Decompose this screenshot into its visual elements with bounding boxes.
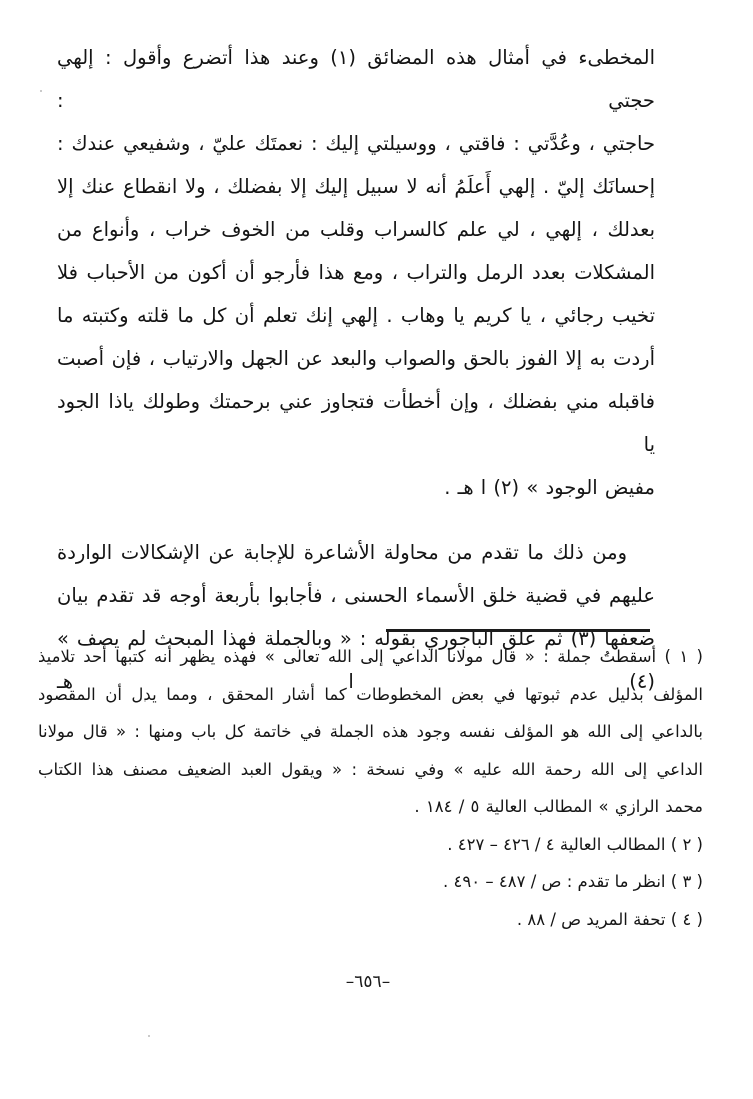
text-line: المشكلات بعدد الرمل والتراب ، ومع هذا فأ… [57, 251, 655, 294]
footnote-line: ( ١ ) أسقطتُ جملة : « قال مولانا الداعي … [38, 638, 703, 676]
text-line: تخيب رجائي ، يا كريم يا وهاب . إلهي إنك … [57, 294, 655, 337]
text-line: ومن ذلك ما تقدم من محاولة الأشاعرة للإجا… [57, 531, 655, 574]
paragraph-prayer: المخطىء في أمثال هذه المضائق (١) وعند هذ… [57, 36, 655, 509]
footnote-line: محمد الرازي » المطالب العالية ٥ / ١٨٤ . [38, 788, 703, 826]
text-line: فاقبله مني بفضلك ، وإن أخطأت فتجاوز عني … [57, 380, 655, 466]
text-line: بعدلك ، إلهي ، لي علم كالسراب وقلب من ال… [57, 208, 655, 251]
scan-noise-speck [40, 90, 42, 92]
footnote-line: الداعي إلى الله رحمة الله عليه » وفي نسخ… [38, 751, 703, 789]
footnote-4: ( ٤ ) تحفة المريد ص / ٨٨ . [38, 901, 703, 939]
main-text-block: المخطىء في أمثال هذه المضائق (١) وعند هذ… [57, 36, 655, 703]
text-line: مفيض الوجود » (٢) ا هـ . [57, 466, 655, 509]
footnote-line: المؤلف بدليل عدم ثبوتها في بعض المخطوطات… [38, 676, 703, 714]
footnote-2: ( ٢ ) المطالب العالية ٤ / ٤٢٦ – ٤٢٧ . [38, 826, 703, 864]
scan-noise-speck [144, 700, 146, 702]
scan-noise-speck [151, 770, 153, 772]
footnote-3: ( ٣ ) انظر ما تقدم : ص / ٤٨٧ – ٤٩٠ . [38, 863, 703, 901]
scanned-book-page: المخطىء في أمثال هذه المضائق (١) وعند هذ… [0, 0, 753, 1099]
scan-noise-speck [148, 1035, 150, 1037]
footnote-line: بالداعي إلى الله هو المؤلف نفسه وجود هذه… [38, 713, 703, 751]
text-line: المخطىء في أمثال هذه المضائق (١) وعند هذ… [57, 36, 655, 122]
footnote-1: ( ١ ) أسقطتُ جملة : « قال مولانا الداعي … [38, 638, 703, 826]
footnote-separator-line [386, 629, 650, 632]
text-line: عليهم في قضية خلق الأسماء الحسنى ، فأجاب… [57, 574, 655, 617]
text-line: أردت به إلا الفوز بالحق والصواب والبعد ع… [57, 337, 655, 380]
page-number: –٦٥٦– [0, 972, 736, 992]
footnotes-section: ( ١ ) أسقطتُ جملة : « قال مولانا الداعي … [38, 638, 703, 938]
text-line: إحسانَك إليّ . إلهي أَعلَمُ أنه لا سبيل … [57, 165, 655, 208]
text-line: حاجتي ، وعُدَّتي : فاقتي ، ووسيلتي إليك … [57, 122, 655, 165]
